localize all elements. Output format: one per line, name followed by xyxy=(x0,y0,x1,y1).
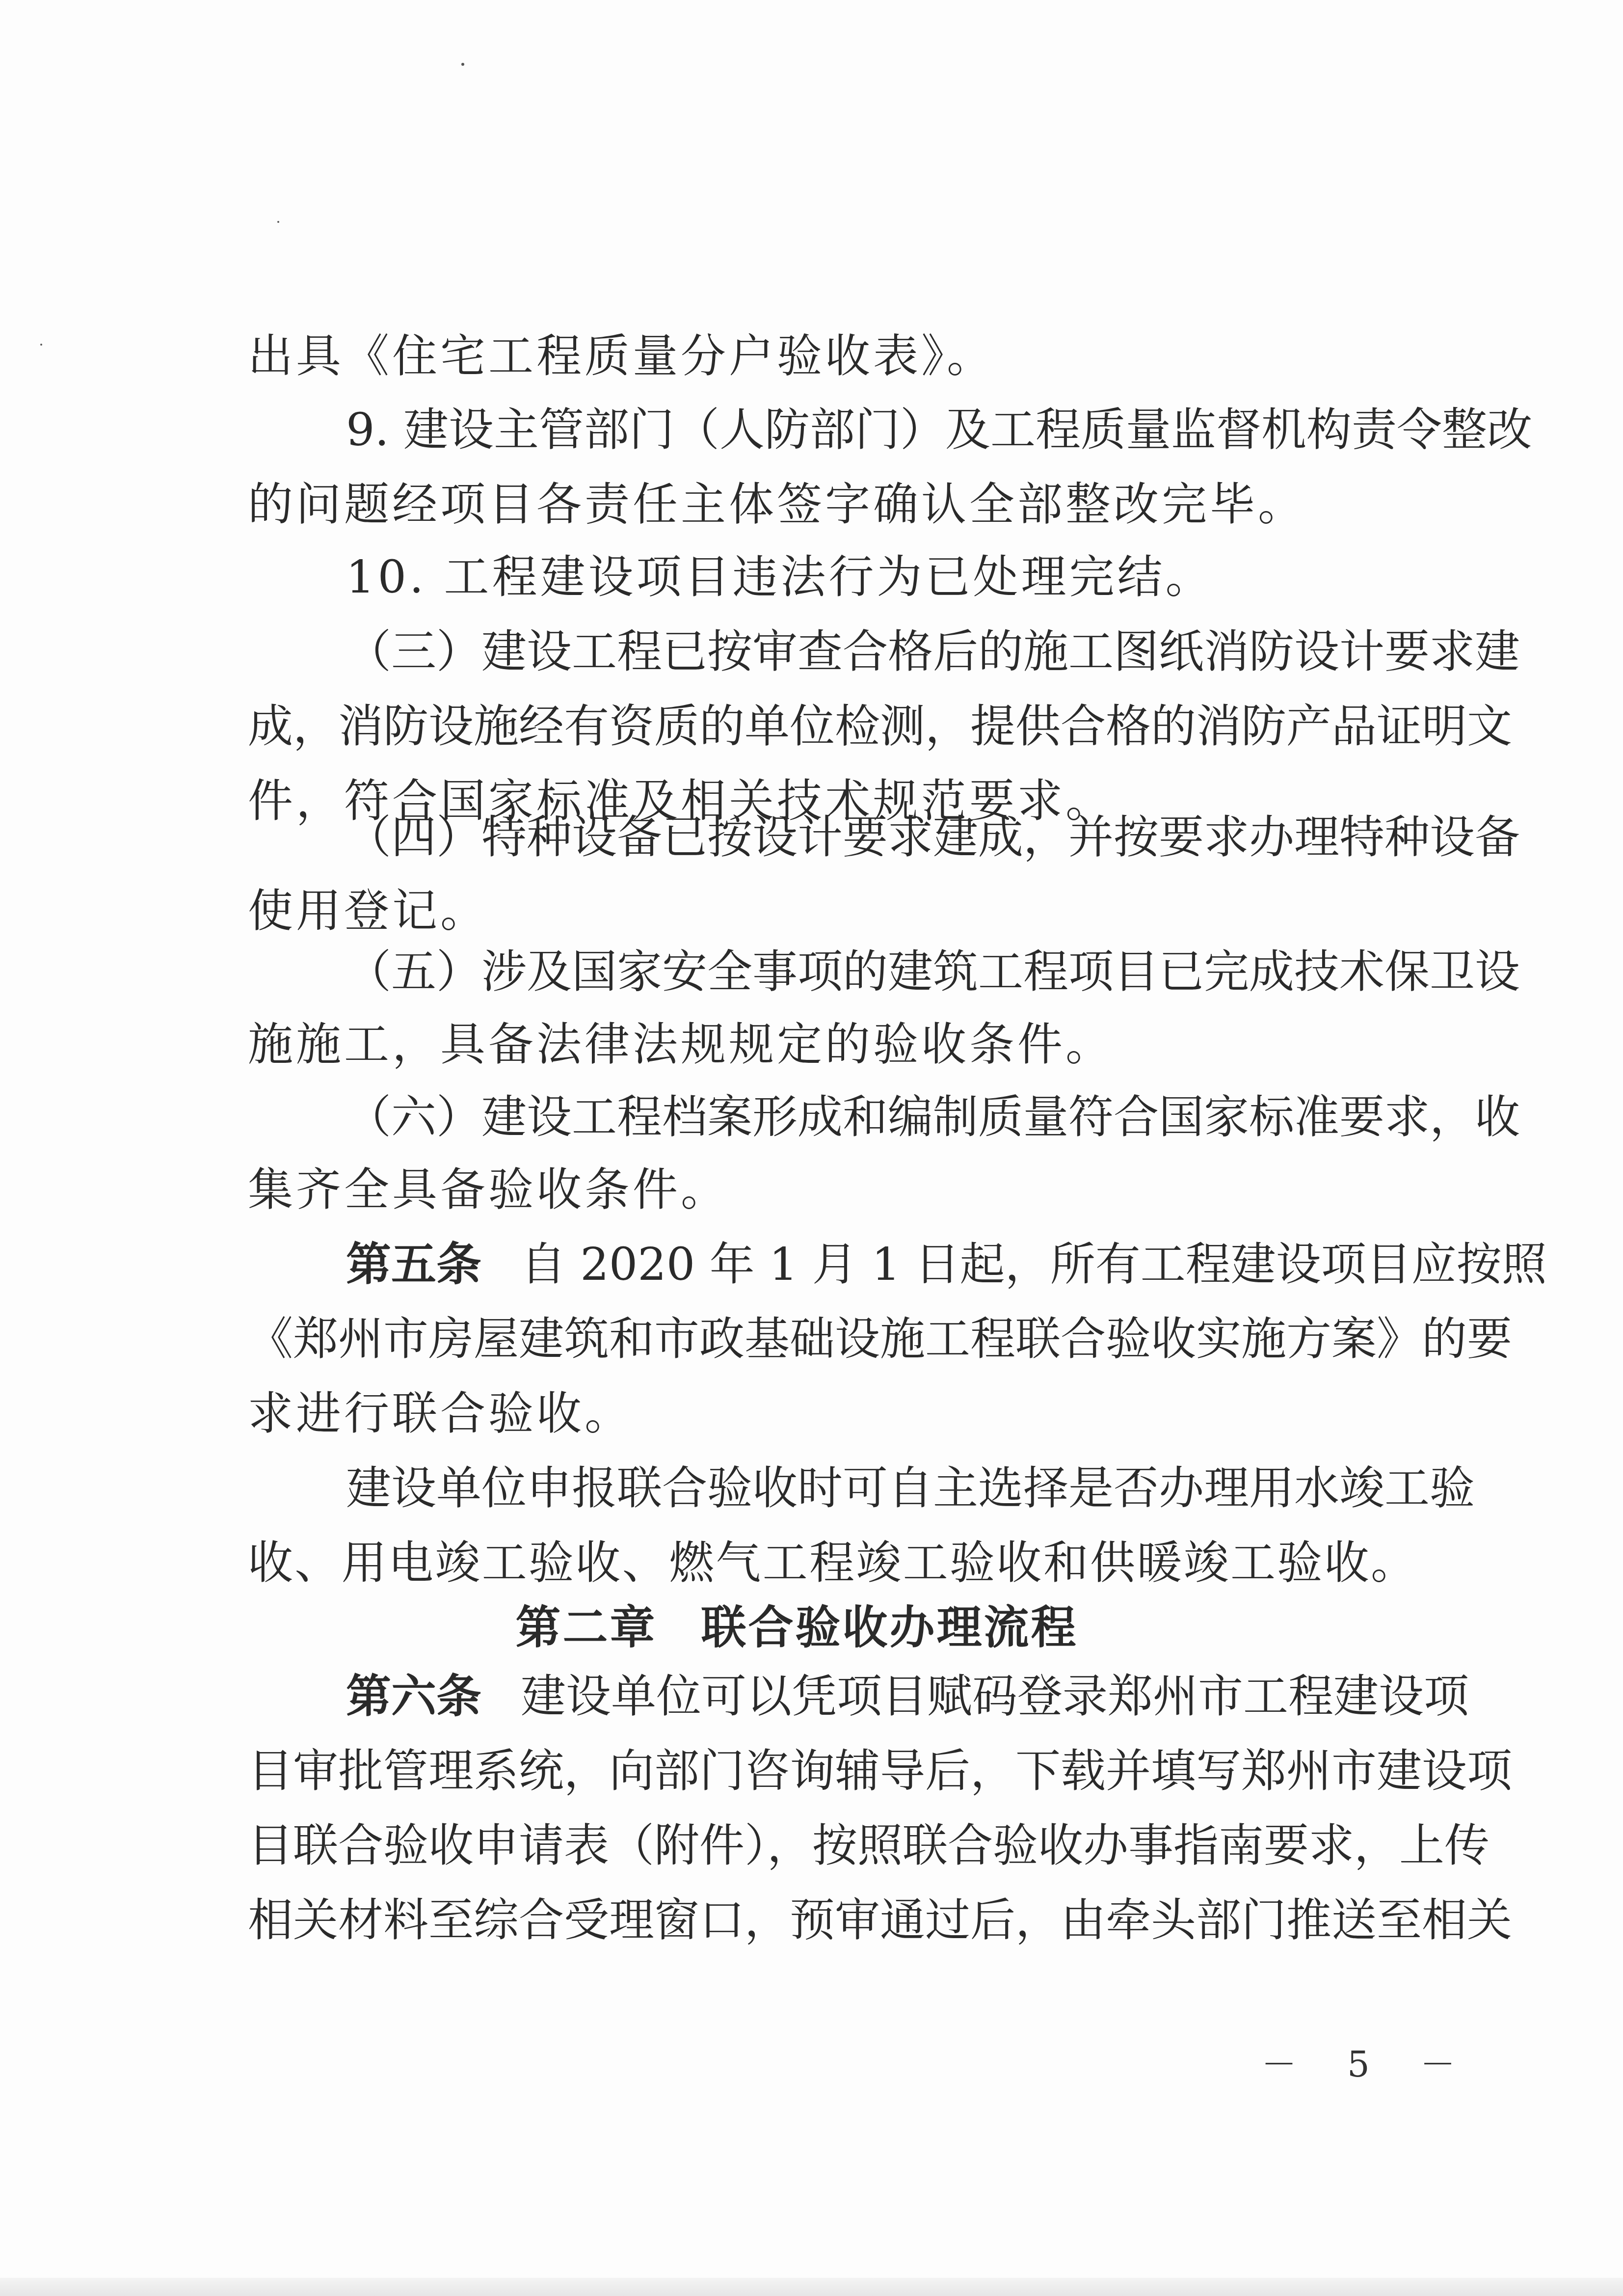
article-6-label: 第六条 xyxy=(346,1670,481,1723)
paragraph-line: （六）建设工程档案形成和编制质量符合国家标准要求，收 xyxy=(346,1080,1416,1155)
scan-speck xyxy=(40,344,42,346)
paragraph-line: （五）涉及国家安全事项的建筑工程项目已完成技术保卫设 xyxy=(346,935,1416,1009)
chapter-title: 联合验收办理流程 xyxy=(701,1601,1078,1654)
chapter-number: 第二章 xyxy=(515,1601,657,1654)
optional-acceptance-line-1: 建设单位申报联合验收时可自主选择是否办理用水竣工验 xyxy=(346,1451,1416,1526)
article-5-label: 第五条 xyxy=(346,1238,481,1291)
article-6-text: 建设单位可以凭项目赋码登录郑州市工程建设项 xyxy=(521,1670,1469,1723)
document-page: 出具《住宅工程质量分户验收表》。9. 建设主管部门（人防部门）及工程质量监督机构… xyxy=(0,0,1623,2296)
scan-speck xyxy=(461,63,464,66)
article-5-line-1: 第五条自 2020 年 1 月 1 日起，所有工程建设项目应按照 xyxy=(346,1227,1416,1302)
scan-bottom-edge xyxy=(0,2278,1623,2296)
article-5-line-3: 求进行联合验收。 xyxy=(248,1377,633,1451)
article-6-line-3: 目联合验收申请表（附件），按照联合验收办事指南要求，上传 xyxy=(248,1809,1416,1883)
page-number: － 5 － xyxy=(1261,2045,1475,2084)
paragraph-line: 施施工，具备法律法规规定的验收条件。 xyxy=(248,1007,1114,1082)
paragraph-line: 10. 工程建设项目违法行为已处理完结。 xyxy=(346,540,1214,615)
paragraph-line: 出具《住宅工程质量分户验收表》。 xyxy=(248,319,995,394)
article-5-line-2: 《郑州市房屋建筑和市政基础设施工程联合验收实施方案》的要 xyxy=(248,1302,1416,1377)
article-5-text: 自 2020 年 1 月 1 日起，所有工程建设项目应按照 xyxy=(521,1238,1547,1291)
paragraph-line: （三）建设工程已按审查合格后的施工图纸消防设计要求建 xyxy=(346,615,1416,689)
paragraph-line: （四）特种设备已按设计要求建成，并按要求办理特种设备 xyxy=(346,800,1416,875)
paragraph-line: 集齐全具备验收条件。 xyxy=(248,1153,729,1227)
paragraph-line: 的问题经项目各责任主体签字确认全部整改完毕。 xyxy=(248,467,1306,542)
article-6-line-2: 目审批管理系统，向部门咨询辅导后，下载并填写郑州市建设项 xyxy=(248,1734,1416,1809)
chapter-heading: 第二章联合验收办理流程 xyxy=(0,1591,1608,1665)
article-6-line-1: 第六条建设单位可以凭项目赋码登录郑州市工程建设项 xyxy=(346,1659,1416,1734)
optional-acceptance-line-2: 收、用电竣工验收、燃气工程竣工验收和供暖竣工验收。 xyxy=(248,1526,1416,1600)
article-6-line-4: 相关材料至综合受理窗口，预审通过后，由牵头部门推送至相关 xyxy=(248,1883,1416,1958)
scan-speck xyxy=(277,221,279,223)
paragraph-line: 9. 建设主管部门（人防部门）及工程质量监督机构责令整改 xyxy=(346,393,1416,467)
paragraph-line: 成，消防设施经有资质的单位检测，提供合格的消防产品证明文 xyxy=(248,689,1416,764)
